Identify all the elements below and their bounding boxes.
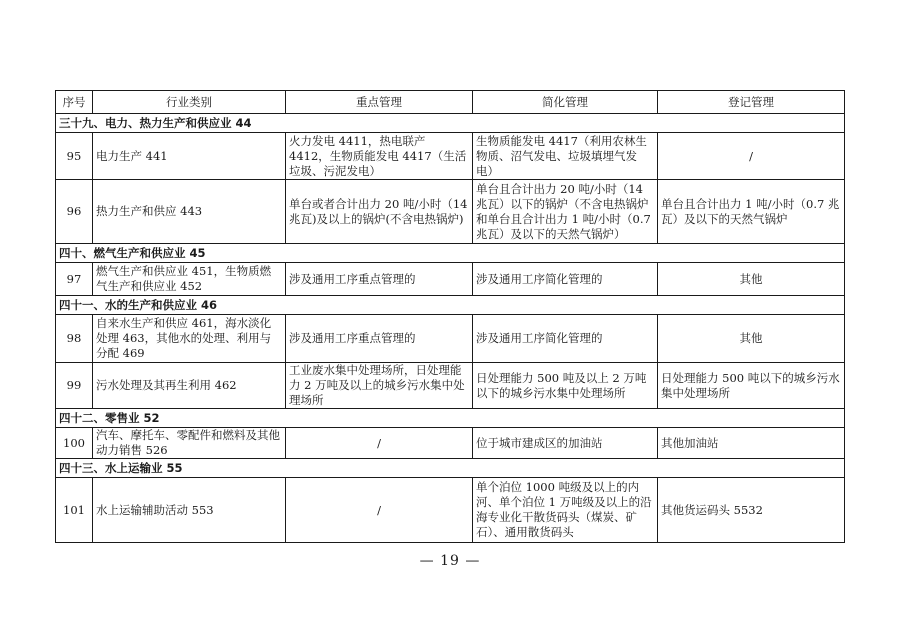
section-row: 三十九、电力、热力生产和供应业 44 [56,114,845,133]
row-simplified-management: 生物质能发电 4417（利用农林生物质、沼气发电、垃圾填埋气发电） [473,133,658,180]
table-row: 95 电力生产 441 火力发电 4411，热电联产 4412，生物质能发电 4… [56,133,845,180]
table-row: 101 水上运输辅助活动 553 / 单个泊位 1000 吨级及以上的内河、单个… [56,478,845,543]
row-simplified-management: 单台且合计出力 20 吨/小时（14 兆瓦）以下的锅炉（不含电热锅炉和单台且合计… [473,180,658,244]
section-title: 四十、燃气生产和供应业 45 [56,244,845,263]
section-title: 四十三、水上运输业 55 [56,459,845,478]
row-registration-management: 其他加油站 [658,428,845,459]
row-registration-management: 其他 [658,315,845,363]
row-category: 汽车、摩托车、零配件和燃料及其他动力销售 526 [93,428,286,459]
permit-classification-table: 序号 行业类别 重点管理 简化管理 登记管理 三十九、电力、热力生产和供应业 4… [55,90,845,543]
page-number: — 19 — [0,553,900,569]
row-simplified-management: 涉及通用工序简化管理的 [473,263,658,296]
row-category: 水上运输辅助活动 553 [93,478,286,543]
row-key-management: 火力发电 4411，热电联产 4412，生物质能发电 4417（生活垃圾、污泥发… [286,133,473,180]
table-row: 99 污水处理及其再生利用 462 工业废水集中处理场所，日处理能力 2 万吨及… [56,363,845,409]
row-index: 100 [56,428,93,459]
row-key-management: 工业废水集中处理场所，日处理能力 2 万吨及以上的城乡污水集中处理场所 [286,363,473,409]
row-key-management: / [286,478,473,543]
header-index: 序号 [56,91,93,114]
table-row: 100 汽车、摩托车、零配件和燃料及其他动力销售 526 / 位于城市建成区的加… [56,428,845,459]
row-registration-management: 单台且合计出力 1 吨/小时（0.7 兆瓦）及以下的天然气锅炉 [658,180,845,244]
table-row: 97 燃气生产和供应业 451，生物质燃气生产和供应业 452 涉及通用工序重点… [56,263,845,296]
row-simplified-management: 日处理能力 500 吨及以上 2 万吨以下的城乡污水集中处理场所 [473,363,658,409]
row-category: 污水处理及其再生利用 462 [93,363,286,409]
row-category: 自来水生产和供应 461，海水淡化处理 463，其他水的处理、利用与分配 469 [93,315,286,363]
row-index: 95 [56,133,93,180]
row-category: 热力生产和供应 443 [93,180,286,244]
section-row: 四十、燃气生产和供应业 45 [56,244,845,263]
row-simplified-management: 位于城市建成区的加油站 [473,428,658,459]
section-title: 三十九、电力、热力生产和供应业 44 [56,114,845,133]
row-registration-management: 其他货运码头 5532 [658,478,845,543]
row-key-management: / [286,428,473,459]
table-header-row: 序号 行业类别 重点管理 简化管理 登记管理 [56,91,845,114]
row-index: 96 [56,180,93,244]
table-row: 96 热力生产和供应 443 单台或者合计出力 20 吨/小时（14 兆瓦)及以… [56,180,845,244]
row-simplified-management: 涉及通用工序简化管理的 [473,315,658,363]
header-simplified-management: 简化管理 [473,91,658,114]
section-title: 四十一、水的生产和供应业 46 [56,296,845,315]
row-index: 97 [56,263,93,296]
section-row: 四十三、水上运输业 55 [56,459,845,478]
row-key-management: 涉及通用工序重点管理的 [286,315,473,363]
header-registration-management: 登记管理 [658,91,845,114]
row-category: 电力生产 441 [93,133,286,180]
row-index: 101 [56,478,93,543]
row-key-management: 涉及通用工序重点管理的 [286,263,473,296]
section-title: 四十二、零售业 52 [56,409,845,428]
row-registration-management: 其他 [658,263,845,296]
row-index: 98 [56,315,93,363]
row-key-management: 单台或者合计出力 20 吨/小时（14 兆瓦)及以上的锅炉(不含电热锅炉) [286,180,473,244]
row-registration-management: / [658,133,845,180]
section-row: 四十二、零售业 52 [56,409,845,428]
row-registration-management: 日处理能力 500 吨以下的城乡污水集中处理场所 [658,363,845,409]
row-index: 99 [56,363,93,409]
table-row: 98 自来水生产和供应 461，海水淡化处理 463，其他水的处理、利用与分配 … [56,315,845,363]
section-row: 四十一、水的生产和供应业 46 [56,296,845,315]
header-category: 行业类别 [93,91,286,114]
row-category: 燃气生产和供应业 451，生物质燃气生产和供应业 452 [93,263,286,296]
row-simplified-management: 单个泊位 1000 吨级及以上的内河、单个泊位 1 万吨级及以上的沿海专业化干散… [473,478,658,543]
header-key-management: 重点管理 [286,91,473,114]
